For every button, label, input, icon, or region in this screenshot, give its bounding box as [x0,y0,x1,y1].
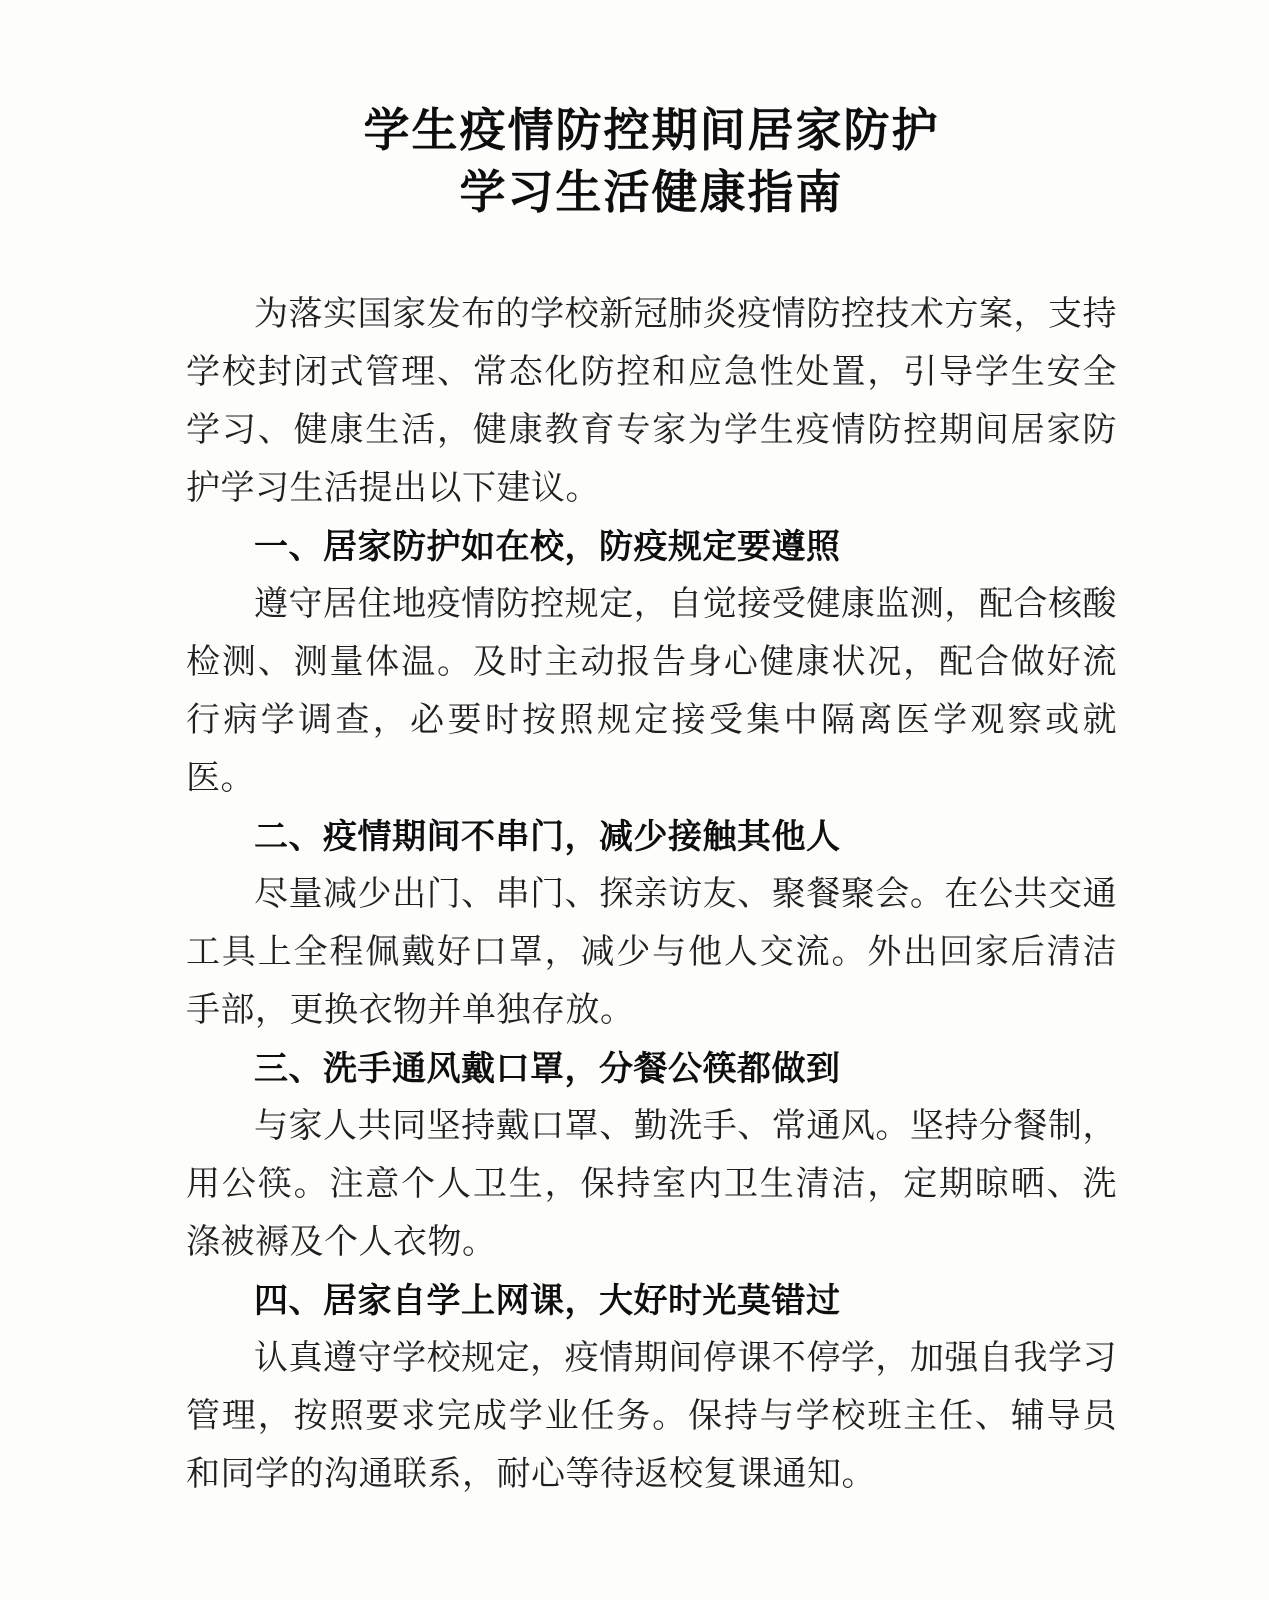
section-1-body: 遵守居住地疫情防控规定，自觉接受健康监测，配合核酸检测、测量体温。及时主动报告身… [186,576,1117,808]
section-3-heading: 三、洗手通风戴口罩，分餐公筷都做到 [186,1040,1117,1098]
section-1-heading: 一、居家防护如在校，防疫规定要遵照 [186,518,1117,576]
document-page: 学生疫情防控期间居家防护 学习生活健康指南 为落实国家发布的学校新冠肺炎疫情防控… [0,0,1269,1600]
section-2-heading: 二、疫情期间不串门，减少接触其他人 [186,808,1117,866]
intro-paragraph: 为落实国家发布的学校新冠肺炎疫情防控技术方案，支持学校封闭式管理、常态化防控和应… [186,286,1117,518]
title-line-1: 学生疫情防控期间居家防护 [186,100,1117,162]
section-3-body: 与家人共同坚持戴口罩、勤洗手、常通风。坚持分餐制，用公筷。注意个人卫生，保持室内… [186,1098,1117,1272]
document-title: 学生疫情防控期间居家防护 学习生活健康指南 [186,100,1117,224]
section-4-body: 认真遵守学校规定，疫情期间停课不停学，加强自我学习管理，按照要求完成学业任务。保… [186,1330,1117,1504]
section-4-heading: 四、居家自学上网课，大好时光莫错过 [186,1272,1117,1330]
section-2-body: 尽量减少出门、串门、探亲访友、聚餐聚会。在公共交通工具上全程佩戴好口罩，减少与他… [186,866,1117,1040]
title-line-2: 学习生活健康指南 [186,162,1117,224]
